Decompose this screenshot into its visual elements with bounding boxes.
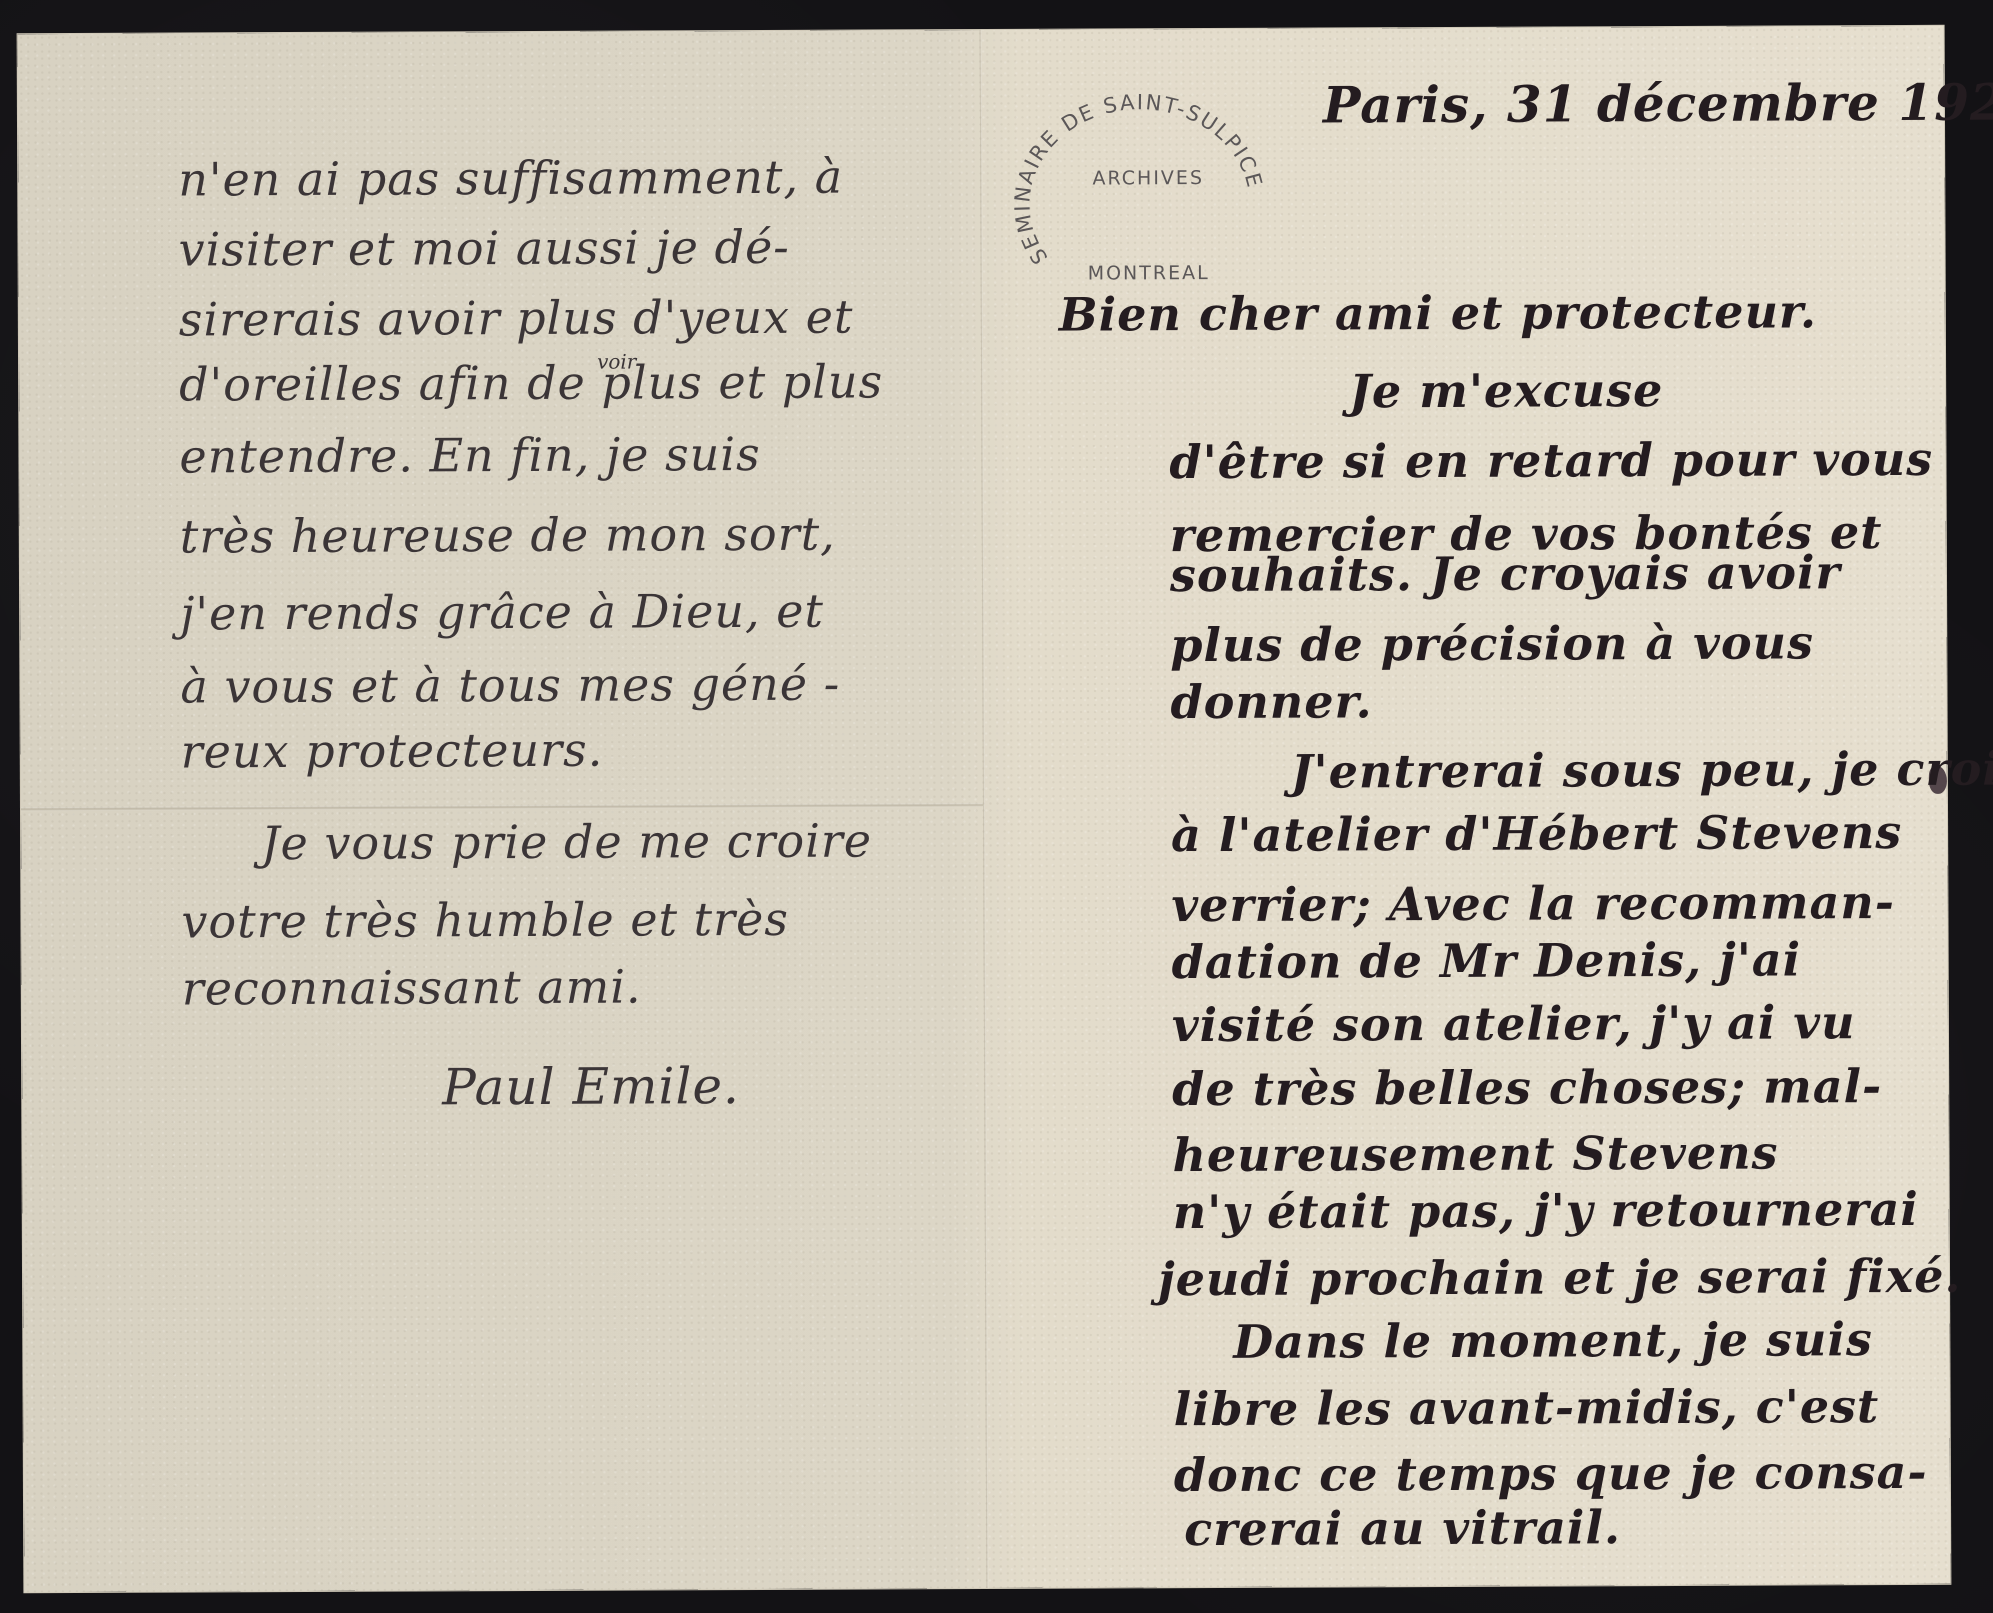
salutation: Bien cher ami et protecteur. (1059, 288, 1817, 337)
text-line: votre très humble et très (181, 896, 789, 945)
text-line: Je vous prie de me croire (261, 817, 872, 866)
text-line: plus de précision à vous (1170, 619, 1814, 668)
text-line: n'y était pas, j'y retournerai (1173, 1186, 1919, 1235)
text-line: dation de Mr Denis, j'ai (1172, 936, 1802, 985)
text-line: donner. (1170, 678, 1372, 725)
archives-stamp: SEMINAIRE DE SAINT-SULPICE MONTREAL ARCH… (1008, 67, 1289, 288)
text-line: souhaits. Je croyais avoir (1170, 549, 1841, 598)
text-line: visiter et moi aussi je dé- (178, 224, 789, 273)
text-line: heureusement Stevens (1172, 1130, 1778, 1179)
text-line: n'en ai pas suffisamment, à (178, 154, 843, 203)
text-line: entendre. En fin, je suis (179, 431, 760, 480)
text-line: d'être si en retard pour vous (1169, 436, 1933, 485)
text-line: j'en rends grâce à Dieu, et (180, 588, 824, 637)
letter-sheet: SEMINAIRE DE SAINT-SULPICE MONTREAL ARCH… (18, 26, 1951, 1592)
text-line: sirerais avoir plus d'yeux et (179, 294, 854, 343)
text-line: libre les avant-midis, c'est (1174, 1383, 1880, 1432)
text-line: Dans le moment, je suis (1233, 1316, 1873, 1365)
text-line: crerai au vitrail. (1184, 1504, 1621, 1552)
text-line: très heureuse de mon sort, (180, 511, 836, 560)
signature: Paul Emile. (442, 1061, 740, 1112)
letter-date: Paris, 31 décembre 1928 (1323, 77, 1993, 130)
text-line: J'entrerai sous peu, je crois (1291, 745, 1993, 794)
horizontal-fold-crease (21, 803, 983, 811)
text-line: jeudi prochain et je serai fixé. (1158, 1253, 1962, 1303)
text-line: d'oreilles afin de plus et plus (179, 358, 883, 407)
text-line: donc ce temps que je consa- (1174, 1449, 1928, 1498)
stamp-bottom-text: MONTREAL (1088, 262, 1210, 285)
text-line: à l'atelier d'Hébert Stevens (1171, 809, 1902, 858)
text-line: verrier; Avec la recomman- (1171, 879, 1895, 928)
text-line: reux protecteurs. (181, 727, 604, 775)
text-line: Je m'excuse (1349, 367, 1663, 414)
text-line: à vous et à tous mes géné - (180, 661, 840, 710)
vertical-fold-crease (980, 30, 989, 1588)
stamp-center-text: ARCHIVES (1008, 167, 1288, 190)
text-line: visité son atelier, j'y ai vu (1172, 999, 1856, 1048)
text-line: de très belles choses; mal- (1172, 1063, 1882, 1112)
text-line: reconnaissant ami. (182, 963, 642, 1011)
